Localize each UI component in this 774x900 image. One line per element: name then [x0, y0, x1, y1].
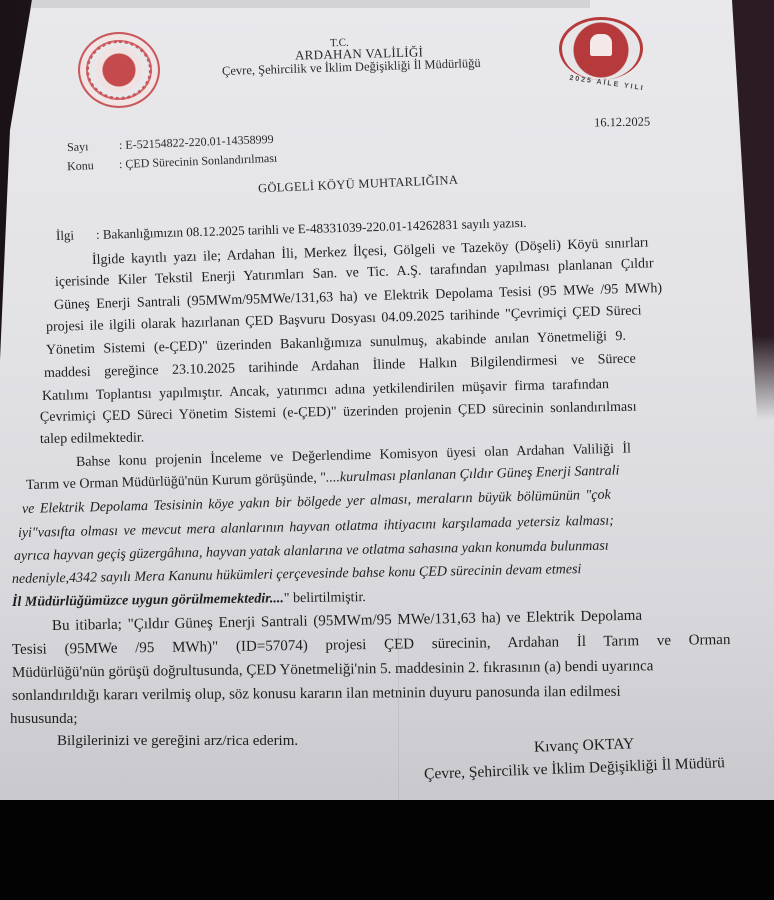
ilgi-line: İlgi: Bakanlığımızın 08.12.2025 tarihli … [56, 215, 527, 244]
body-line: hususunda; [10, 711, 78, 728]
body-line: ayrıca hayvan geçiş güzergâhına, hayvan … [14, 539, 609, 565]
ilgi-label: İlgi [56, 227, 96, 244]
quoted-opinion: ....kurulması planlanan Çıldır Güneş Ene… [326, 463, 620, 485]
closing-quote: " belirtilmiştir. [284, 590, 366, 606]
body-line: ve Elektrik Depolama Tesisinin köye yakı… [22, 488, 611, 518]
body-line: sonlandırıldığı kararı verilmiş olup, sö… [12, 684, 621, 705]
body-line: talep edilmektedir. [40, 431, 144, 448]
body-line: İl Müdürlüğümüzce uygun görülmemektedir.… [12, 590, 366, 611]
state-seal-icon [78, 32, 160, 108]
signatory-title: Çevre, Şehircilik ve İklim Değişikliği İ… [424, 754, 725, 784]
konu-label: Konu [67, 157, 120, 174]
recipient: GÖLGELİ KÖYÜ MUHTARLIĞINA [258, 173, 459, 197]
ilgi-text: : Bakanlığımızın 08.12.2025 tarihli ve E… [96, 215, 527, 242]
sayi-value: : E-52154822-220.01-14358999 [119, 132, 274, 152]
body-line: Bilgilerinizi ve gereğini arz/rica ederi… [57, 733, 298, 750]
letterhead-unit: Çevre, Şehircilik ve İklim Değişikliği İ… [222, 56, 481, 79]
official-letter: 2025 AİLE YILI T.C. ARDAHAN VALİLİĞİ Çev… [0, 0, 774, 800]
sayi-label: Sayı [67, 138, 120, 155]
family-year-icon [559, 17, 643, 80]
body-line: iyi"vasıfta olması ve mevcut mera alanla… [18, 514, 614, 542]
body-line: Çevrimiçi ÇED Süreci Yönetim Sistemi (e-… [40, 400, 637, 426]
body-line: Bu itibarla; "Çıldır Güneş Enerji Santra… [52, 608, 642, 635]
body-line: nedeniyle,4342 sayılı Mera Kanunu hüküml… [12, 562, 582, 588]
family-figure [590, 34, 612, 56]
signatory-name: Kıvanç OKTAY [534, 735, 635, 756]
black-bottom-bar [0, 800, 774, 900]
body-text: Tarım ve Orman Müdürlüğü'nün Kurum görüş… [26, 471, 326, 493]
body-line: Müdürlüğü'nün görüşü doğrultusunda, ÇED … [12, 658, 654, 682]
letter-date: 16.12.2025 [594, 115, 651, 131]
body-line: Tesisi (95MWe /95 MWh)" (ID=57074) proje… [12, 632, 731, 659]
konu-value: : ÇED Sürecinin Sonlandırılması [119, 151, 278, 171]
subject: Konu: ÇED Sürecinin Sonlandırılması [67, 151, 278, 174]
seal-stars [86, 40, 152, 100]
emphasized-conclusion: İl Müdürlüğümüzce uygun görülmemektedir.… [12, 591, 284, 610]
